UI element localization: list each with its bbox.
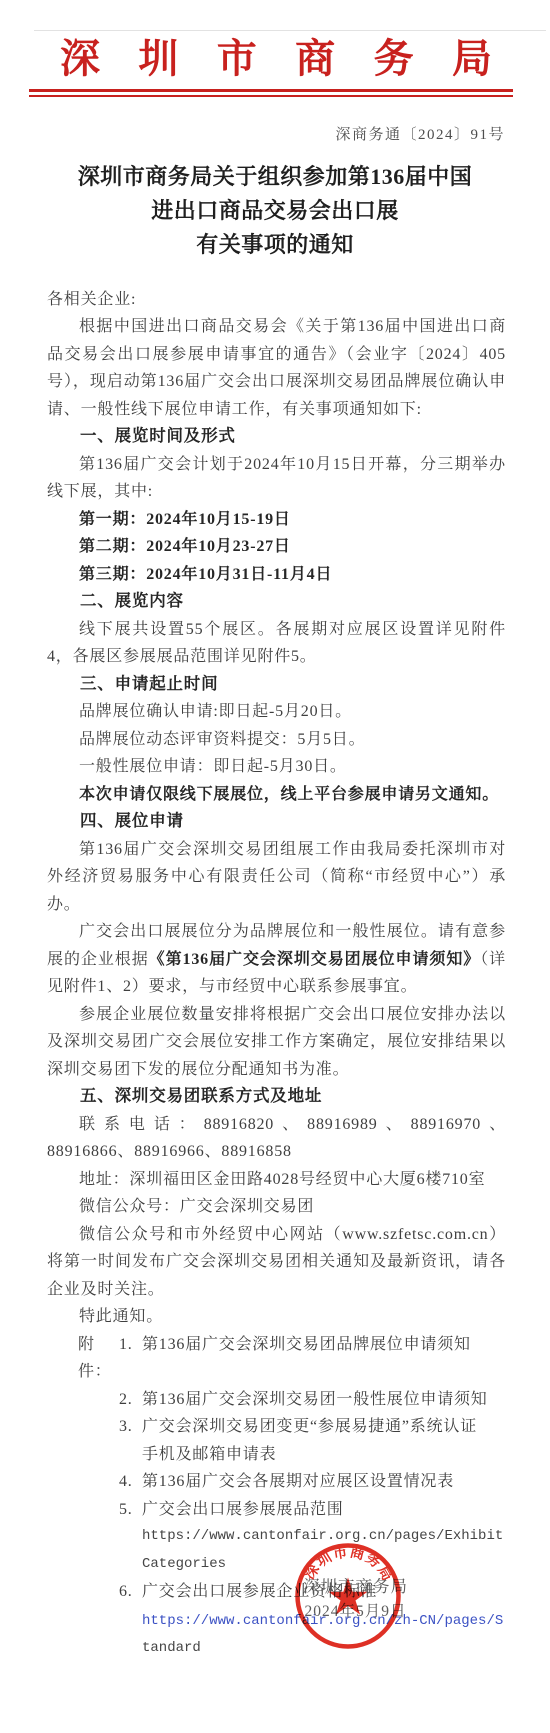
- attachment-number: 3.: [119, 1413, 142, 1468]
- scan-edge-line: [34, 30, 546, 31]
- section1-heading: 一、展览时间及形式: [47, 423, 506, 451]
- red-double-rule: [29, 89, 513, 97]
- attachment-title: 第136届广交会深圳交易团品牌展位申请须知: [142, 1331, 506, 1386]
- attachment-title: 广交会深圳交易团变更“参展易捷通”系统认证手机及邮箱申请表: [142, 1413, 506, 1468]
- agency-char: 务: [374, 36, 414, 82]
- official-notice-page: 深 圳 市 商 务 局 深商务通〔2024〕91号 深圳市商务局关于组织参加第1…: [0, 0, 550, 1733]
- salutation: 各相关企业:: [47, 286, 506, 314]
- deadline-brand-confirm: 品牌展位确认申请:即日起-5月20日。: [47, 698, 506, 726]
- agency-char: 圳: [138, 36, 178, 82]
- attachment-number: 2.: [119, 1386, 142, 1414]
- section4-paragraph1: 第136届广交会深圳交易团组展工作由我局委托深圳市对外经济贸易服务中心有限责任公…: [47, 836, 506, 919]
- section5-heading: 五、深圳交易团联系方式及地址: [47, 1083, 506, 1111]
- contact-wechat: 微信公众号：广交会深圳交易团: [47, 1193, 506, 1221]
- official-seal: 深圳市商务局: [292, 1540, 404, 1652]
- attachments-list: 附件： 1. 第136届广交会深圳交易团品牌展位申请须知 2. 第136届广交会…: [0, 1331, 550, 1663]
- attachment-title-line2: 手机及邮箱申请表: [142, 1441, 506, 1469]
- deadline-general: 一般性展位申请：即日起-5月30日。: [47, 753, 506, 781]
- attachment-number: 4.: [119, 1468, 142, 1496]
- doc-number: 深商务通〔2024〕91号: [0, 123, 550, 144]
- seal-star-icon: [329, 1578, 368, 1615]
- attachment-title: 第136届广交会各展期对应展区设置情况表: [142, 1468, 506, 1496]
- website-notice-paragraph: 微信公众号和市外经贸中心网站（www.szfetsc.com.cn）将第一时间发…: [47, 1221, 506, 1304]
- letterhead: 深 圳 市 商 务 局: [0, 36, 550, 97]
- phase1-dates: 第一期：2024年10月15-19日: [47, 506, 506, 534]
- paragraph-intro: 根据中国进出口商品交易会《关于第136届中国进出口商品交易会出口展参展申请事宜的…: [47, 313, 506, 423]
- agency-char: 局: [452, 36, 492, 82]
- closing-line: 特此通知。: [47, 1303, 506, 1331]
- section1-paragraph: 第136届广交会计划于2024年10月15日开幕，分三期举办线下展，其中:: [47, 451, 506, 506]
- deadline-brand-review: 品牌展位动态评审资料提交：5月5日。: [47, 726, 506, 754]
- section4-paragraph2: 广交会出口展展位分为品牌展位和一般性展位。请有意参展的企业根据《第136届广交会…: [47, 918, 506, 1001]
- doc-title-line2: 进出口商品交易会出口展: [30, 194, 520, 228]
- doc-title: 深圳市商务局关于组织参加第136届中国 进出口商品交易会出口展 有关事项的通知: [30, 160, 520, 262]
- attachment-title-text: 广交会出口展参展展品范围: [142, 1501, 344, 1518]
- agency-char: 深: [60, 36, 100, 82]
- contact-phone: 联系电话：88916820、88916989、88916970、88916866…: [47, 1111, 506, 1166]
- doc-title-line3: 有关事项的通知: [30, 228, 520, 262]
- section2-paragraph: 线下展共设置55个展区。各展期对应展区设置详见附件4，各展区参展展品范围详见附件…: [47, 616, 506, 671]
- section4-paragraph3: 参展企业展位数量安排将根据广交会出口展位安排办法以及深圳交易团广交会展位安排工作…: [47, 1001, 506, 1084]
- attachment-number: 5.: [119, 1496, 142, 1579]
- section4-heading: 四、展位申请: [47, 808, 506, 836]
- offline-only-note: 本次申请仅限线下展展位，线上平台参展申请另文通知。: [47, 781, 506, 809]
- phase2-dates: 第二期：2024年10月23-27日: [47, 533, 506, 561]
- attachment-item-1: 附件： 1. 第136届广交会深圳交易团品牌展位申请须知: [78, 1331, 506, 1386]
- booth-guide-title: 《第136届广交会深圳交易团展位申请须知》: [149, 951, 481, 968]
- attachment-title: 第136届广交会深圳交易团一般性展位申请须知: [142, 1386, 506, 1414]
- rule-thin-line: [29, 95, 513, 97]
- agency-name: 深 圳 市 商 务 局: [0, 36, 550, 82]
- rule-thick-line: [29, 89, 513, 92]
- agency-char: 商: [295, 36, 335, 82]
- attachment-item-3: 3. 广交会深圳交易团变更“参展易捷通”系统认证手机及邮箱申请表: [119, 1413, 506, 1468]
- attachment-item-4: 4. 第136届广交会各展期对应展区设置情况表: [119, 1468, 506, 1496]
- attachments-label: 附件：: [78, 1331, 119, 1386]
- phase3-dates: 第三期：2024年10月31日-11月4日: [47, 561, 506, 589]
- doc-title-line1: 深圳市商务局关于组织参加第136届中国: [30, 160, 520, 194]
- agency-char: 市: [217, 36, 257, 82]
- section3-heading: 三、申请起止时间: [47, 671, 506, 699]
- attachment-title-line1: 广交会深圳交易团变更“参展易捷通”系统认证: [142, 1418, 477, 1435]
- notice-body: 各相关企业: 根据中国进出口商品交易会《关于第136届中国进出口商品交易会出口展…: [0, 286, 550, 1331]
- attachment-item-2: 2. 第136届广交会深圳交易团一般性展位申请须知: [119, 1386, 506, 1414]
- attachment-number: 1.: [119, 1331, 142, 1386]
- attachment-number: 6.: [119, 1578, 142, 1663]
- section2-heading: 二、展览内容: [47, 588, 506, 616]
- contact-address: 地址：深圳福田区金田路4028号经贸中心大厦6楼710室: [47, 1166, 506, 1194]
